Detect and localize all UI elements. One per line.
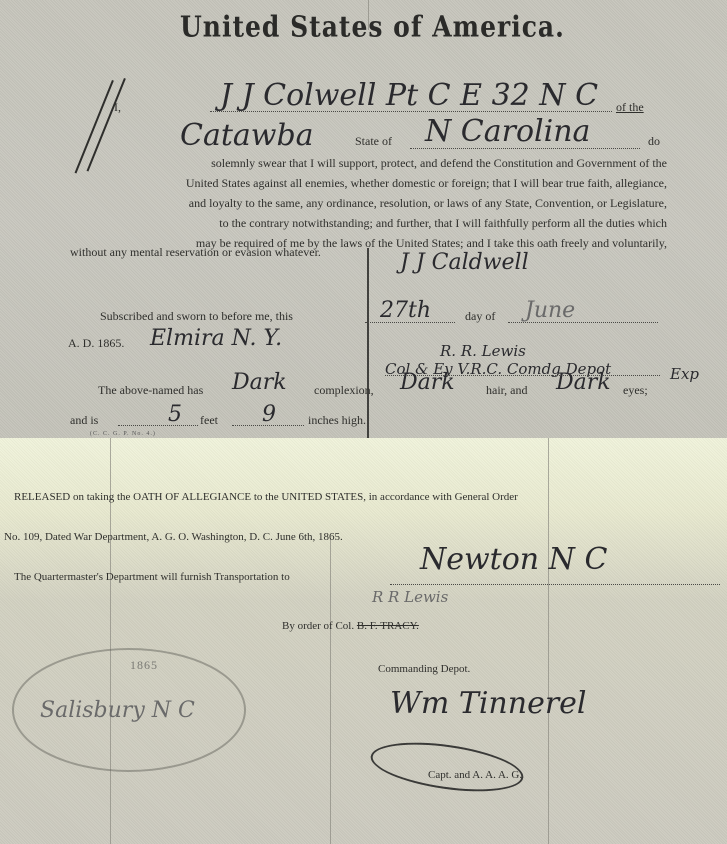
do-label: do (648, 134, 660, 149)
oath-taker-signature: J J Caldwell (400, 250, 529, 275)
officer-extra: Exp (670, 365, 699, 383)
state-line (410, 148, 640, 149)
transport-label: The Quartermaster's Department will furn… (14, 571, 290, 583)
handwritten-county: Catawba (180, 118, 314, 153)
eyes-suffix: eyes; (623, 383, 648, 398)
form-code: (C. C. G. P. No. 4.) (90, 431, 156, 437)
release-line: RELEASED on taking the OATH OF ALLEGIANC… (14, 491, 518, 503)
day-of-label: day of (465, 309, 495, 324)
complexion-suffix: complexion, (314, 383, 374, 398)
handwritten-complexion: Dark (232, 370, 287, 395)
document-title: United States of America. (180, 10, 565, 43)
oath-line-4: to the contrary notwithstanding; and fur… (62, 216, 667, 231)
year-label: A. D. 1865. (68, 336, 124, 351)
handwritten-feet: 5 (168, 402, 182, 427)
fold-line (330, 538, 331, 844)
struck-name: B. F. TRACY. (357, 620, 419, 632)
state-label: State of (355, 134, 392, 149)
handwritten-name: J J Colwell Pt C E 32 N C (220, 78, 598, 113)
handwritten-place: Elmira N. Y. (150, 326, 282, 351)
subscribed-label: Subscribed and sworn to before me, this (100, 309, 293, 324)
height-label: and is (70, 413, 98, 428)
oath-line-2: United States against all enemies, wheth… (62, 176, 667, 191)
handwritten-inches: 9 (262, 402, 276, 427)
fold-line (548, 438, 549, 844)
fold-line (367, 248, 369, 438)
handwritten-destination: Newton N C (420, 542, 607, 577)
oath-prefix: I, (114, 100, 121, 115)
name-line (210, 111, 612, 112)
oath-line-6: without any mental reservation or evasio… (70, 245, 321, 260)
of-the-label: of the (616, 100, 644, 115)
officer-signature-bottom: Wm Tinnerel (390, 686, 587, 721)
destination-line (390, 584, 720, 585)
release-form-bottom: RELEASED on taking the OATH OF ALLEGIANC… (0, 438, 727, 844)
complexion-label: The above-named has (98, 383, 203, 398)
handwritten-state: N Carolina (425, 114, 590, 149)
handwritten-day: 27th (380, 298, 431, 323)
hair-suffix: hair, and (486, 383, 528, 398)
handwritten-initials: R R Lewis (372, 588, 448, 606)
handwritten-month: June (525, 298, 575, 323)
oval-postmark-stamp (12, 648, 246, 772)
oath-line-1: solemnly swear that I will support, prot… (62, 156, 667, 171)
commanding-depot-label: Commanding Depot. (378, 663, 470, 675)
handwritten-eyes: Dark (556, 370, 611, 395)
oath-line-3: and loyalty to the same, any ordinance, … (62, 196, 667, 211)
feet-line (118, 425, 198, 426)
by-order-text: By order of Col. (282, 620, 354, 632)
by-order-label: By order of Col. B. F. TRACY. (282, 620, 419, 632)
handwritten-hair: Dark (400, 370, 455, 395)
order-line: No. 109, Dated War Department, A. G. O. … (4, 531, 343, 543)
officer-signature: R. R. Lewis (440, 342, 526, 360)
month-line (508, 322, 658, 323)
feet-label: feet (200, 413, 218, 428)
inches-label: inches high. (308, 413, 366, 428)
oath-form-top: United States of America. I, J J Colwell… (0, 0, 727, 438)
